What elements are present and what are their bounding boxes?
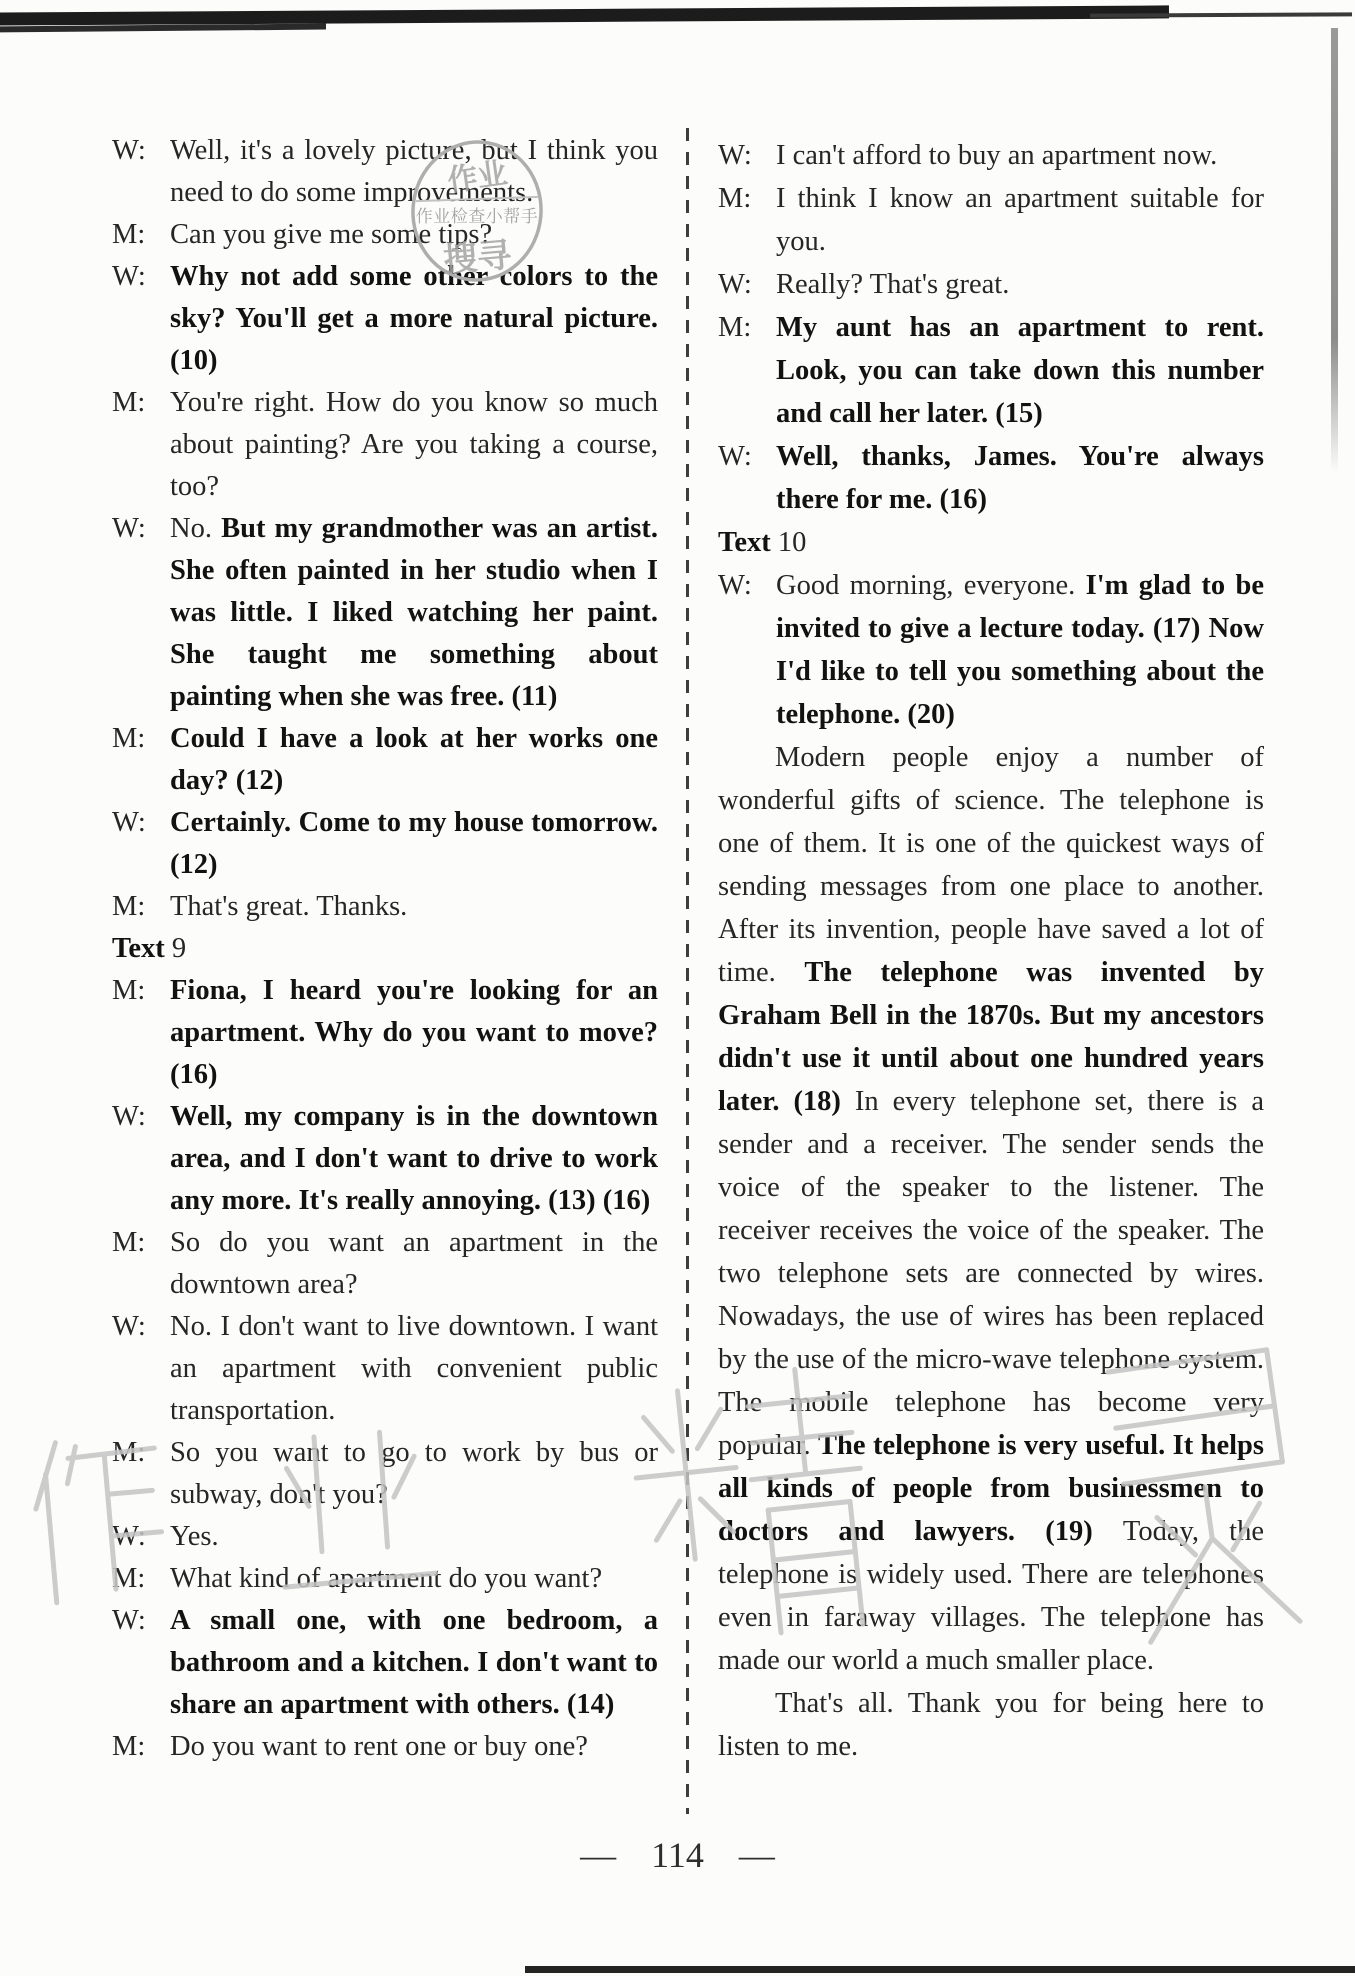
dialogue-entry: W:A small one, with one bedroom, a bathr…: [112, 1600, 658, 1726]
dialogue-entry: M:That's great. Thanks.: [112, 886, 658, 928]
dialogue-entry: M:So do you want an apartment in the dow…: [112, 1222, 658, 1306]
speaker-label: W:: [112, 130, 170, 172]
text-segment: A small one, with one bedroom, a bathroo…: [170, 1605, 658, 1720]
text-segment: That's all. Thank you for being here to …: [718, 1688, 1264, 1762]
text-segment: That's great. Thanks.: [170, 891, 407, 922]
heading-label: Text: [718, 527, 771, 558]
paragraph: Modern people enjoy a number of wonderfu…: [718, 736, 1264, 1682]
speaker-label: W:: [718, 134, 776, 177]
text-segment: Modern people enjoy a number of wonderfu…: [718, 742, 1264, 988]
right-column: W:I can't afford to buy an apartment now…: [718, 134, 1264, 1768]
text-segment: Good morning, everyone.: [776, 570, 1086, 601]
text-segment: Certainly. Come to my house tomorrow. (1…: [170, 807, 658, 880]
paragraph: That's all. Thank you for being here to …: [718, 1682, 1264, 1768]
dialogue-entry: W:No. But my grandmother was an artist. …: [112, 508, 658, 718]
dialogue-entry: M:Can you give me some tips?: [112, 214, 658, 256]
dialogue-entry: M:Could I have a look at her works one d…: [112, 718, 658, 802]
dialogue-entry: W:Really? That's great.: [718, 263, 1264, 306]
speaker-label: W:: [718, 435, 776, 478]
text-segment: So you want to go to work by bus or subw…: [170, 1437, 658, 1510]
text-segment: Well, my company is in the downtown area…: [170, 1101, 658, 1216]
text-segment: But my grandmother was an artist. She of…: [170, 513, 658, 712]
speaker-label: W:: [718, 564, 776, 607]
speaker-label: W:: [112, 1600, 170, 1642]
dialogue-entry: M:Fiona, I heard you're looking for an a…: [112, 970, 658, 1096]
speaker-label: W:: [718, 263, 776, 306]
speaker-label: W:: [112, 802, 170, 844]
speaker-label: M:: [718, 177, 776, 220]
speaker-label: W:: [112, 1096, 170, 1138]
speaker-label: M:: [112, 718, 170, 760]
page-number: — 114 —: [0, 1834, 1355, 1876]
dialogue-entry: M:So you want to go to work by bus or su…: [112, 1432, 658, 1516]
text-segment: Yes.: [170, 1521, 219, 1552]
dialogue-entry: W:Certainly. Come to my house tomorrow. …: [112, 802, 658, 886]
text-segment: No.: [170, 513, 221, 544]
dialogue-entry: M:My aunt has an apartment to rent. Look…: [718, 306, 1264, 435]
dialogue-entry: W:Well, it's a lovely picture, but I thi…: [112, 130, 658, 214]
scan-artifact-bottom-bar: [525, 1966, 1355, 1973]
speaker-label: M:: [112, 1558, 170, 1600]
speaker-label: M:: [112, 886, 170, 928]
text-segment: Do you want to rent one or buy one?: [170, 1731, 588, 1762]
speaker-label: M:: [112, 214, 170, 256]
dialogue-entry: W:No. I don't want to live downtown. I w…: [112, 1306, 658, 1432]
text-segment: So do you want an apartment in the downt…: [170, 1227, 658, 1300]
speaker-label: W:: [112, 1516, 170, 1558]
dialogue-entry: W:Why not add some other colors to the s…: [112, 256, 658, 382]
scan-artifact-top-thin-line: [1090, 12, 1352, 17]
speaker-label: W:: [112, 1306, 170, 1348]
text-heading: Text 10: [718, 521, 1264, 564]
text-segment: Fiona, I heard you're looking for an apa…: [170, 975, 658, 1090]
left-column: W:Well, it's a lovely picture, but I thi…: [112, 130, 658, 1768]
dialogue-entry: M:What kind of apartment do you want?: [112, 1558, 658, 1600]
text-segment: Really? That's great.: [776, 269, 1009, 300]
text-segment: Why not add some other colors to the sky…: [170, 261, 658, 376]
text-segment: My aunt has an apartment to rent. Look, …: [776, 312, 1264, 429]
text-segment: I think I know an apartment suitable for…: [776, 183, 1264, 257]
text-segment: Well, thanks, James. You're always there…: [776, 441, 1264, 515]
text-segment: Could I have a look at her works one day…: [170, 723, 658, 796]
speaker-label: W:: [112, 508, 170, 550]
heading-label: Text: [112, 933, 165, 964]
dialogue-entry: W:I can't afford to buy an apartment now…: [718, 134, 1264, 177]
dialogue-entry: W:Good morning, everyone. I'm glad to be…: [718, 564, 1264, 736]
text-segment: In every telephone set, there is a sende…: [718, 1086, 1264, 1461]
scan-artifact-right-edge: [1331, 28, 1338, 473]
speaker-label: M:: [112, 382, 170, 424]
speaker-label: W:: [112, 256, 170, 298]
text-segment: What kind of apartment do you want?: [170, 1563, 602, 1594]
dialogue-entry: W:Well, thanks, James. You're always the…: [718, 435, 1264, 521]
text-segment: Well, it's a lovely picture, but I think…: [170, 135, 658, 208]
column-divider: [686, 128, 689, 1814]
dialogue-entry: M:Do you want to rent one or buy one?: [112, 1726, 658, 1768]
text-segment: No. I don't want to live downtown. I wan…: [170, 1311, 658, 1426]
speaker-label: M:: [718, 306, 776, 349]
dialogue-entry: W:Yes.: [112, 1516, 658, 1558]
speaker-label: M:: [112, 1726, 170, 1768]
dialogue-entry: W:Well, my company is in the downtown ar…: [112, 1096, 658, 1222]
speaker-label: M:: [112, 1222, 170, 1264]
text-segment: I can't afford to buy an apartment now.: [776, 140, 1217, 171]
speaker-label: M:: [112, 1432, 170, 1474]
text-heading: Text 9: [112, 928, 658, 970]
speaker-label: M:: [112, 970, 170, 1012]
dialogue-entry: M:You're right. How do you know so much …: [112, 382, 658, 508]
text-segment: Can you give me some tips?: [170, 219, 492, 250]
scan-artifact-top-bar: [0, 5, 1169, 25]
dialogue-entry: M:I think I know an apartment suitable f…: [718, 177, 1264, 263]
text-segment: You're right. How do you know so much ab…: [170, 387, 658, 502]
